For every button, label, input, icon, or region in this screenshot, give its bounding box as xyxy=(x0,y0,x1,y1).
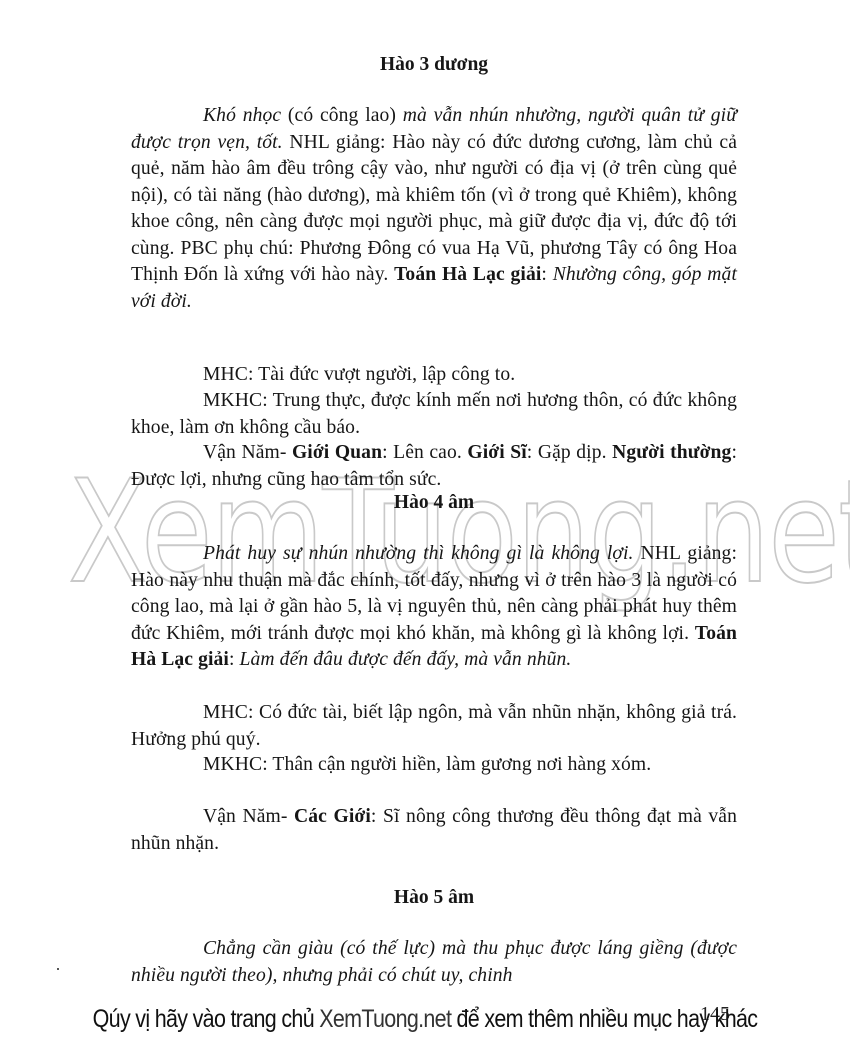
footer-site-link[interactable]: XemTuong.net xyxy=(319,1005,451,1033)
text-segment: Vận Năm- xyxy=(203,442,292,463)
text-segment: Giới Quan xyxy=(292,442,382,463)
paragraph: MHC: Có đức tài, biết lập ngôn, mà vẫn n… xyxy=(131,700,737,753)
paragraph: MKHC: Trung thực, được kính mến nơi hươn… xyxy=(131,388,737,441)
footer-text-before: Qúy vị hãy vào trang chủ xyxy=(93,1005,320,1033)
text-segment: Vận Năm- xyxy=(203,806,294,827)
text-segment: Giới Sĩ xyxy=(467,442,526,463)
paragraph: Vận Năm- Các Giới: Sĩ nông công thương đ… xyxy=(131,804,737,857)
text-segment: Khó nhọc xyxy=(203,105,281,126)
paragraph: Phát huy sự nhún nhường thì không gì là … xyxy=(131,541,737,674)
section-heading-hao-4: Hào 4 âm xyxy=(131,490,737,517)
text-segment: : xyxy=(541,264,552,285)
text-segment: MHC: Tài đức vượt người, lập công to. xyxy=(203,364,515,385)
text-segment: Phát huy sự nhún nhường thì không gì là … xyxy=(203,543,634,564)
scan-speck xyxy=(57,968,59,970)
paragraph: MKHC: Thân cận người hiền, làm gương nơi… xyxy=(131,752,737,779)
paragraph: Khó nhọc (có công lao) mà vẫn nhún nhườn… xyxy=(131,103,737,315)
section-heading-hao-5: Hào 5 âm xyxy=(131,885,737,912)
text-segment: (có công lao) xyxy=(281,105,403,126)
text-segment: Toán Hà Lạc giải xyxy=(394,264,541,285)
text-segment: : Lên cao. xyxy=(382,442,467,463)
section-heading-hao-3: Hào 3 dương xyxy=(131,52,737,79)
text-segment: Chẳng cần giàu (có thế lực) mà thu phục … xyxy=(131,938,737,986)
text-segment: MHC: Có đức tài, biết lập ngôn, mà vẫn n… xyxy=(131,702,737,750)
text-segment: NHL giảng: Hào này có đức dương cương, l… xyxy=(131,132,737,286)
paragraph: Chẳng cần giàu (có thế lực) mà thu phục … xyxy=(131,936,737,989)
text-segment: : xyxy=(229,649,240,670)
paragraph: MHC: Tài đức vượt người, lập công to. xyxy=(131,362,737,389)
text-segment: : Gặp dịp. xyxy=(527,442,612,463)
footer-text-after: để xem thêm nhiều mục hay khác xyxy=(451,1005,757,1033)
text-segment: Các Giới xyxy=(294,806,371,827)
text-segment: MKHC: Thân cận người hiền, làm gương nơi… xyxy=(203,754,651,775)
text-segment: MKHC: Trung thực, được kính mến nơi hươn… xyxy=(131,390,737,438)
text-segment: Làm đến đâu được đến đấy, mà vẫn nhũn. xyxy=(240,649,572,670)
paragraph: Vận Năm- Giới Quan: Lên cao. Giới Sĩ: Gặ… xyxy=(131,440,737,493)
footer-banner: Qúy vị hãy vào trang chủ XemTuong.net để… xyxy=(60,1005,791,1034)
text-segment: Người thường xyxy=(612,442,731,463)
